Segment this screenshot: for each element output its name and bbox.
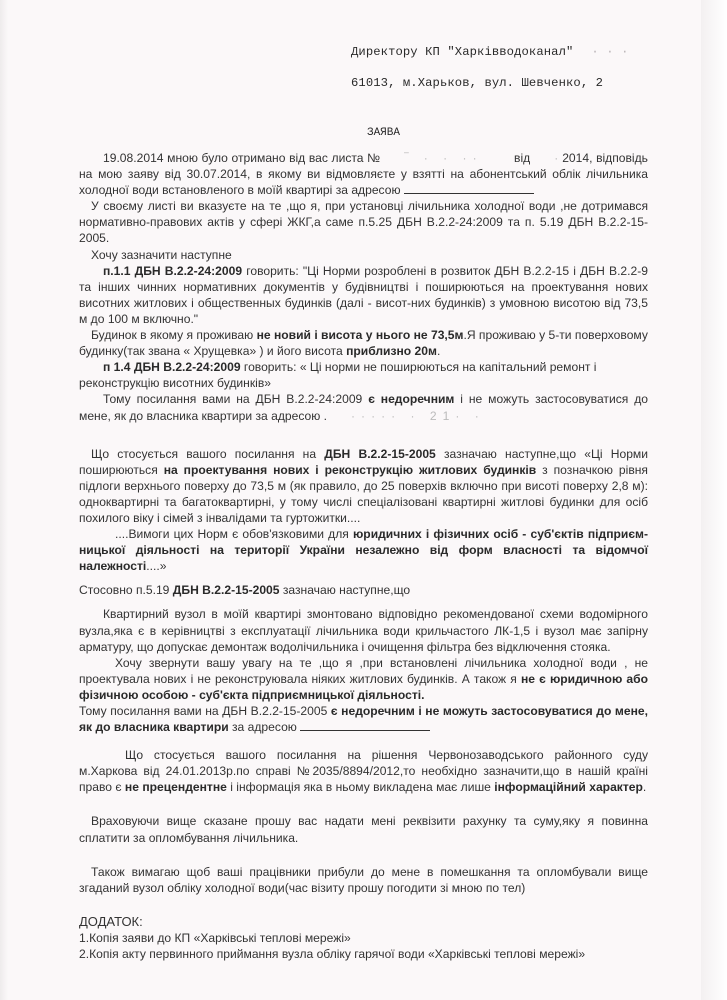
document-title: ЗАЯВА: [0, 127, 727, 139]
paragraph-dbn-15: Що стосується вашого посилання на ДБН В.…: [79, 446, 648, 526]
scan-edge-left: [0, 0, 8, 1000]
paragraph-dbn-15-requirements: ....Вимоги цих Норм є обов'язковими для …: [79, 526, 648, 574]
appendix-item: 2.Копія акту первинного приймання вузла …: [79, 946, 648, 962]
letter-body: 19.08.2014 мною було отримано від вас ли…: [79, 150, 648, 962]
address-blank: [404, 182, 534, 194]
paragraph-dbn-15-5-19: Стосовно п.5.19 ДБН В.2.2-15-2005 зазнач…: [79, 582, 648, 598]
paragraph-dbn-24-inapplicable: Тому посилання вами на ДБН В.2.2-24:2009…: [79, 391, 648, 423]
recipient-line: Директору КП "Харківводоканал"· · ·: [351, 45, 629, 59]
redacted-address: ····· · 21· ·: [327, 408, 485, 424]
paragraph-court-decision: Що стосується вашого посилання на рішенн…: [79, 747, 648, 795]
recipient-address: 61013, м.Харьков, вул. Шевченко, 2: [351, 76, 603, 90]
scan-edge-right: [701, 0, 727, 1000]
redacted-date: ·: [530, 150, 562, 166]
paragraph-dbn-24-1-1: п.1.1 ДБН В.2.2-24:2009 говорить: "Ці Но…: [79, 263, 648, 327]
redacted-number: ‾ · · ··: [380, 150, 510, 166]
scan-specks: · · ·: [591, 45, 628, 59]
paragraph-building: Будинок в якому я проживаю не новий і ви…: [79, 327, 648, 359]
paragraph-note: Хочу зазначити наступне: [79, 247, 648, 263]
paragraph-your-letter: У своєму листі ви вказуєте на те ,що я, …: [79, 198, 648, 246]
address-blank: [300, 719, 430, 731]
paragraph-dbn-15-inapplicable: Тому посилання вами на ДБН В.2.2-15-2005…: [79, 703, 648, 735]
paragraph-demand-sealing: Також вимагаю щоб ваші працівники прибул…: [79, 864, 648, 896]
paragraph-apartment-node: Квартирний вузол в моїй квартирі змонтов…: [79, 606, 648, 654]
appendix-heading: ДОДАТОК:: [79, 914, 648, 930]
paragraph-not-designer: Хочу звернути вашу увагу на те ,що я ,пр…: [79, 655, 648, 703]
paragraph-request-details: Враховуючи вище сказане прошу вас надати…: [79, 813, 648, 845]
paragraph-dbn-24-1-4: п 1.4 ДБН В.2.2-24:2009 говорить: « Ці н…: [79, 359, 648, 391]
paragraph-received-letter: 19.08.2014 мною було отримано від вас ли…: [79, 150, 648, 198]
appendix-item: 1.Копія заяви до КП «Харківські теплові …: [79, 930, 648, 946]
